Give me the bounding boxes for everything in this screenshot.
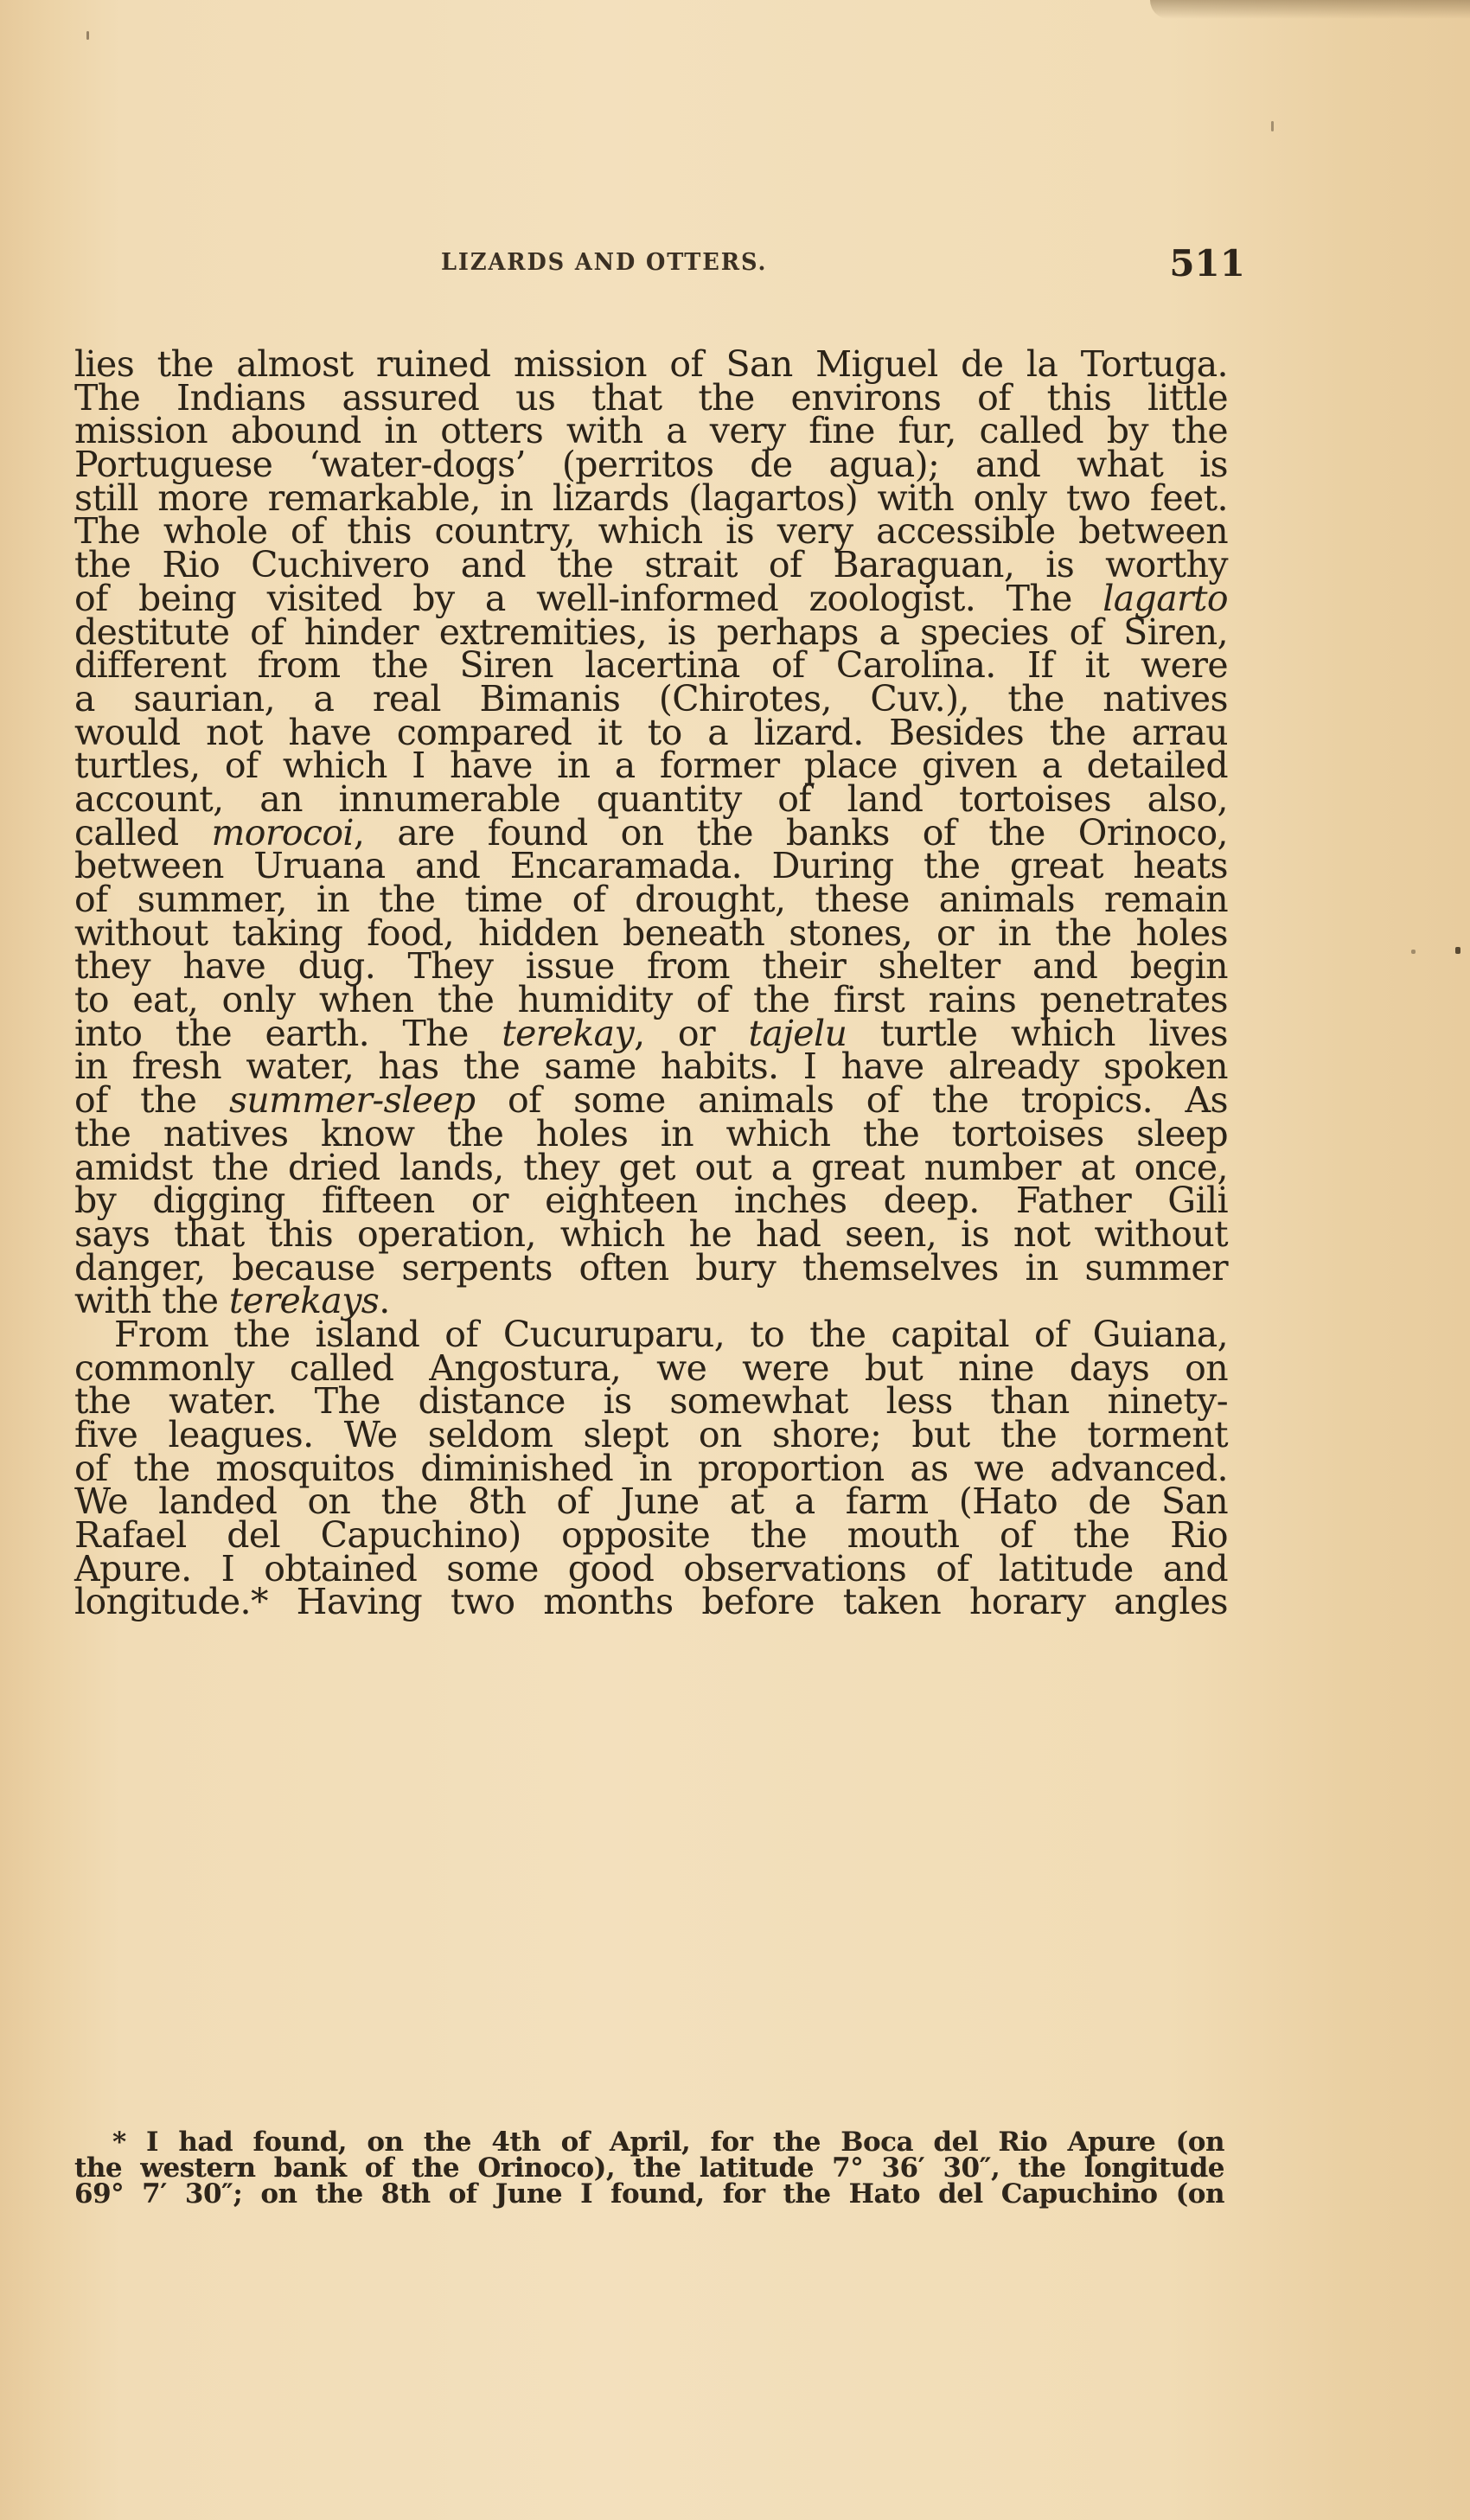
text-line: of the summer-sleep of some animals of t… — [74, 1084, 1228, 1117]
running-header: LIZARDS AND OTTERS. 511 — [432, 242, 1245, 285]
text-line: From the island of Cucuruparu, to the ca… — [74, 1318, 1228, 1352]
text-line: five leagues. We seldom slept on shore; … — [74, 1418, 1228, 1452]
text-line: longitude.* Having two months before tak… — [74, 1585, 1228, 1619]
footnote-line: the western bank of the Orinoco), the la… — [74, 2155, 1224, 2181]
text-line: to eat, only when the humidity of the fi… — [74, 983, 1228, 1017]
book-page: LIZARDS AND OTTERS. 511 lies the almost … — [0, 0, 1470, 2520]
text-line: Portuguese ‘water-dogs’ (perritos de agu… — [74, 448, 1228, 482]
text-line: the Rio Cuchivero and the strait of Bara… — [74, 548, 1228, 582]
text-line: of being visited by a well-informed zool… — [74, 582, 1228, 616]
text-line: Rafael del Capuchino) opposite the mouth… — [74, 1519, 1228, 1552]
running-title: LIZARDS AND OTTERS. — [441, 249, 767, 276]
footnote: * I had found, on the 4th of April, for … — [74, 2129, 1224, 2207]
paper-speck — [1455, 947, 1460, 954]
body-text: lies the almost ruined mission of San Mi… — [74, 348, 1228, 1619]
footnote-line: 69° 7′ 30″; on the 8th of June I found, … — [74, 2181, 1224, 2207]
footnote-line: * I had found, on the 4th of April, for … — [74, 2129, 1224, 2155]
text-line: lies the almost ruined mission of San Mi… — [74, 348, 1228, 381]
paper-speck — [1271, 121, 1274, 131]
paper-speck — [1411, 950, 1416, 954]
text-line: of summer, in the time of drought, these… — [74, 883, 1228, 917]
text-line: says that this operation, which he had s… — [74, 1218, 1228, 1251]
paper-speck — [86, 31, 89, 40]
text-line: the natives know the holes in which the … — [74, 1117, 1228, 1151]
text-line: a saurian, a real Bimanis (Chirotes, Cuv… — [74, 682, 1228, 716]
page-number: 511 — [1169, 242, 1245, 285]
